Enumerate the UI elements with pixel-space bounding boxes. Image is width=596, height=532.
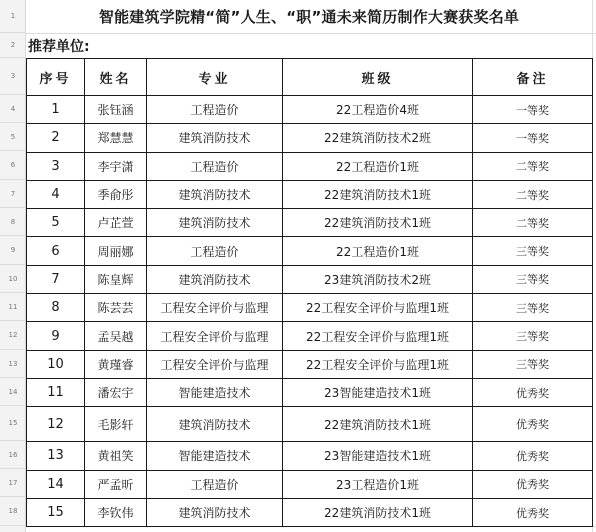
- table-row: 9 孟吴越 工程安全评价与监理 22工程安全评价与监理1班 三等奖: [27, 322, 593, 350]
- cell-name[interactable]: 张钰涵: [85, 96, 147, 124]
- cell-seq[interactable]: 13: [27, 442, 85, 470]
- row-number[interactable]: 5: [0, 123, 26, 151]
- cell-class[interactable]: 22建筑消防技术2班: [283, 124, 473, 152]
- table-row: 1 张钰涵 工程造价 22工程造价4班 一等奖: [27, 96, 593, 124]
- cell-seq[interactable]: 15: [27, 498, 85, 526]
- cell-class[interactable]: 22建筑消防技术1班: [283, 498, 473, 526]
- cell-major[interactable]: 建筑消防技术: [147, 124, 283, 152]
- column-header-note[interactable]: 备注: [473, 59, 593, 96]
- table-row: 2 郑慧慧 建筑消防技术 22建筑消防技术2班 一等奖: [27, 124, 593, 152]
- cell-seq[interactable]: 9: [27, 322, 85, 350]
- cell-major[interactable]: 建筑消防技术: [147, 209, 283, 237]
- sheet-title[interactable]: 智能建筑学院精“简”人生、“职”通未来简历制作大赛获奖名单: [26, 0, 592, 33]
- row-number[interactable]: 17: [0, 469, 26, 497]
- cell-name[interactable]: 郑慧慧: [85, 124, 147, 152]
- cell-major[interactable]: 工程造价: [147, 96, 283, 124]
- cell-class[interactable]: 23智能建造技术1班: [283, 378, 473, 406]
- cell-major[interactable]: 智能建造技术: [147, 442, 283, 470]
- cell-major[interactable]: 工程安全评价与监理: [147, 322, 283, 350]
- cell-major[interactable]: 工程安全评价与监理: [147, 350, 283, 378]
- cell-note[interactable]: 优秀奖: [473, 442, 593, 470]
- cell-name[interactable]: 毛影轩: [85, 407, 147, 442]
- cell-note[interactable]: 三等奖: [473, 294, 593, 322]
- cell-major[interactable]: 工程安全评价与监理: [147, 294, 283, 322]
- cell-seq[interactable]: 7: [27, 265, 85, 293]
- cell-class[interactable]: 22工程造价1班: [283, 237, 473, 265]
- cell-seq[interactable]: 14: [27, 470, 85, 498]
- cell-name[interactable]: 卢芷萱: [85, 209, 147, 237]
- table-row: 11 潘宏宇 智能建造技术 23智能建造技术1班 优秀奖: [27, 378, 593, 406]
- table-row: 5 卢芷萱 建筑消防技术 22建筑消防技术1班 二等奖: [27, 209, 593, 237]
- row-number[interactable]: 15: [0, 406, 26, 441]
- table-row: 3 李宇潇 工程造价 22工程造价1班 二等奖: [27, 152, 593, 180]
- cell-class[interactable]: 22建筑消防技术1班: [283, 180, 473, 208]
- table-row: 12 毛影轩 建筑消防技术 22建筑消防技术1班 优秀奖: [27, 407, 593, 442]
- cell-seq[interactable]: 1: [27, 96, 85, 124]
- cell-seq[interactable]: 4: [27, 180, 85, 208]
- cell-name[interactable]: 黄瑾睿: [85, 350, 147, 378]
- table-row: 15 李钦伟 建筑消防技术 22建筑消防技术1班 优秀奖: [27, 498, 593, 526]
- row-number[interactable]: 6: [0, 151, 26, 180]
- table-row: 10 黄瑾睿 工程安全评价与监理 22工程安全评价与监理1班 三等奖: [27, 350, 593, 378]
- cell-seq[interactable]: 2: [27, 124, 85, 152]
- table-header-row: 序号 姓名 专业 班级 备注: [27, 59, 593, 96]
- row-number[interactable]: 18: [0, 497, 26, 526]
- cell-seq[interactable]: 8: [27, 294, 85, 322]
- cell-major[interactable]: 建筑消防技术: [147, 407, 283, 442]
- cell-class[interactable]: 23智能建造技术1班: [283, 442, 473, 470]
- cell-major[interactable]: 建筑消防技术: [147, 180, 283, 208]
- row-number[interactable]: 8: [0, 208, 26, 236]
- cell-name[interactable]: 季俞彤: [85, 180, 147, 208]
- cell-note[interactable]: 三等奖: [473, 322, 593, 350]
- cell-note[interactable]: 三等奖: [473, 237, 593, 265]
- cell-note[interactable]: 三等奖: [473, 350, 593, 378]
- cell-seq[interactable]: 5: [27, 209, 85, 237]
- gridline: [26, 33, 596, 34]
- cell-major[interactable]: 智能建造技术: [147, 378, 283, 406]
- cell-class[interactable]: 23建筑消防技术2班: [283, 265, 473, 293]
- cell-name[interactable]: 潘宏宇: [85, 378, 147, 406]
- cell-note[interactable]: 优秀奖: [473, 407, 593, 442]
- cell-major[interactable]: 建筑消防技术: [147, 265, 283, 293]
- award-list-table: 序号 姓名 专业 班级 备注 1 张钰涵 工程造价 22工程造价4班 一等奖 2…: [26, 58, 593, 527]
- cell-seq[interactable]: 6: [27, 237, 85, 265]
- cell-class[interactable]: 22工程造价4班: [283, 96, 473, 124]
- cell-class[interactable]: 22工程安全评价与监理1班: [283, 322, 473, 350]
- cell-major[interactable]: 工程造价: [147, 152, 283, 180]
- cell-name[interactable]: 黄祖笑: [85, 442, 147, 470]
- recommending-unit-label[interactable]: 推荐单位:: [28, 33, 90, 58]
- table-row: 7 陈皇辉 建筑消防技术 23建筑消防技术2班 三等奖: [27, 265, 593, 293]
- row-number[interactable]: 3: [0, 58, 26, 95]
- row-number[interactable]: 11: [0, 293, 26, 321]
- table-row: 4 季俞彤 建筑消防技术 22建筑消防技术1班 二等奖: [27, 180, 593, 208]
- cell-seq[interactable]: 12: [27, 407, 85, 442]
- cell-name[interactable]: 严孟昕: [85, 470, 147, 498]
- cell-note[interactable]: 三等奖: [473, 265, 593, 293]
- cell-class[interactable]: 22工程安全评价与监理1班: [283, 350, 473, 378]
- row-number[interactable]: 1: [0, 0, 26, 33]
- cell-seq[interactable]: 3: [27, 152, 85, 180]
- row-number[interactable]: 12: [0, 321, 26, 350]
- cell-major[interactable]: 建筑消防技术: [147, 498, 283, 526]
- cell-note[interactable]: 二等奖: [473, 180, 593, 208]
- column-header-seq[interactable]: 序号: [27, 59, 85, 96]
- cell-note[interactable]: 一等奖: [473, 124, 593, 152]
- row-number[interactable]: 10: [0, 265, 26, 293]
- column-header-major[interactable]: 专业: [147, 59, 283, 96]
- cell-class[interactable]: 22工程安全评价与监理1班: [283, 294, 473, 322]
- column-header-name[interactable]: 姓名: [85, 59, 147, 96]
- cell-seq[interactable]: 11: [27, 378, 85, 406]
- cell-major[interactable]: 工程造价: [147, 237, 283, 265]
- cell-name[interactable]: 陈芸芸: [85, 294, 147, 322]
- cell-note[interactable]: 一等奖: [473, 96, 593, 124]
- cell-note[interactable]: 优秀奖: [473, 498, 593, 526]
- cell-major[interactable]: 工程造价: [147, 470, 283, 498]
- table-row: 8 陈芸芸 工程安全评价与监理 22工程安全评价与监理1班 三等奖: [27, 294, 593, 322]
- row-number[interactable]: 16: [0, 441, 26, 469]
- cell-note[interactable]: 二等奖: [473, 209, 593, 237]
- cell-name[interactable]: 陈皇辉: [85, 265, 147, 293]
- cell-name[interactable]: 孟吴越: [85, 322, 147, 350]
- cell-note[interactable]: 优秀奖: [473, 470, 593, 498]
- row-number[interactable]: 14: [0, 378, 26, 406]
- cell-name[interactable]: 李钦伟: [85, 498, 147, 526]
- cell-class[interactable]: 22建筑消防技术1班: [283, 407, 473, 442]
- cell-name[interactable]: 周丽娜: [85, 237, 147, 265]
- row-number[interactable]: 7: [0, 180, 26, 208]
- row-number[interactable]: 9: [0, 236, 26, 265]
- row-number[interactable]: 13: [0, 350, 26, 378]
- cell-class[interactable]: 22工程造价1班: [283, 152, 473, 180]
- row-number[interactable]: 4: [0, 95, 26, 123]
- row-number[interactable]: 2: [0, 33, 26, 58]
- cell-seq[interactable]: 10: [27, 350, 85, 378]
- table-row: 14 严孟昕 工程造价 23工程造价1班 优秀奖: [27, 470, 593, 498]
- table-row: 13 黄祖笑 智能建造技术 23智能建造技术1班 优秀奖: [27, 442, 593, 470]
- table-row: 6 周丽娜 工程造价 22工程造价1班 三等奖: [27, 237, 593, 265]
- column-header-class[interactable]: 班级: [283, 59, 473, 96]
- cell-name[interactable]: 李宇潇: [85, 152, 147, 180]
- cell-note[interactable]: 优秀奖: [473, 378, 593, 406]
- cell-class[interactable]: 23工程造价1班: [283, 470, 473, 498]
- cell-note[interactable]: 二等奖: [473, 152, 593, 180]
- cell-class[interactable]: 22建筑消防技术1班: [283, 209, 473, 237]
